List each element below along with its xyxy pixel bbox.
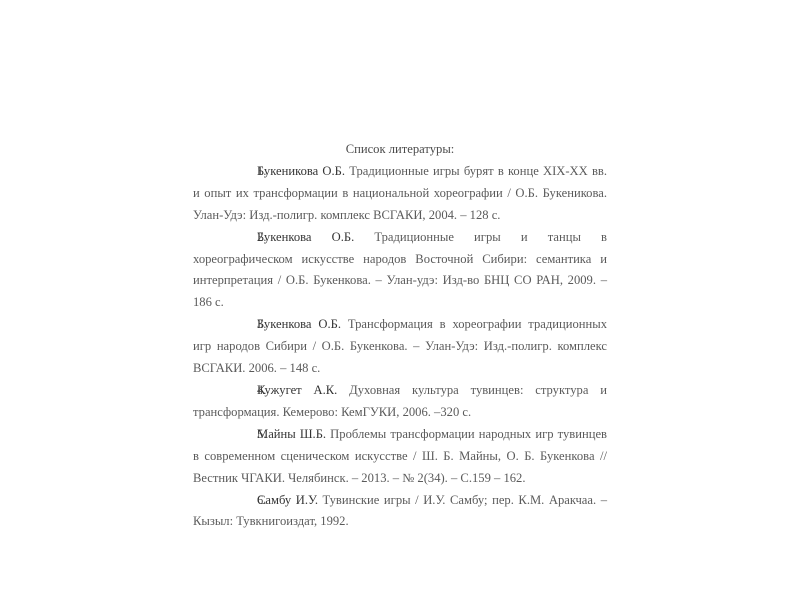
reference-author: Майны Ш.Б. [257,427,326,441]
reference-item: 1.Букеникова О.Б. Традиционные игры буря… [193,161,607,227]
reference-number: 3. [225,314,257,336]
reference-number: 5. [225,424,257,446]
reference-number: 4. [225,380,257,402]
reference-author: Букенкова О.Б. [257,230,354,244]
reference-number: 6. [225,490,257,512]
reference-item: 4.Кужугет А.К. Духовная культура тувинце… [193,380,607,424]
reference-number: 1. [225,161,257,183]
reference-item: 5.Майны Ш.Б. Проблемы трансформации наро… [193,424,607,490]
reference-author: Самбу И.У. [257,493,318,507]
reference-author: Кужугет А.К. [257,383,337,397]
reference-item: 2.Букенкова О.Б. Традиционные игры и тан… [193,227,607,315]
reference-author: Букеникова О.Б. [257,164,345,178]
reference-item: 3.Букенкова О.Б. Трансформация в хореогр… [193,314,607,380]
reference-list: 1.Букеникова О.Б. Традиционные игры буря… [193,161,607,533]
bibliography-title: Список литературы: [193,139,607,161]
reference-number: 2. [225,227,257,249]
reference-author: Букенкова О.Б. [257,317,341,331]
document-page: Список литературы: 1.Букеникова О.Б. Тра… [193,139,607,533]
reference-item: 6.Самбу И.У. Тувинские игры / И.У. Самбу… [193,490,607,534]
